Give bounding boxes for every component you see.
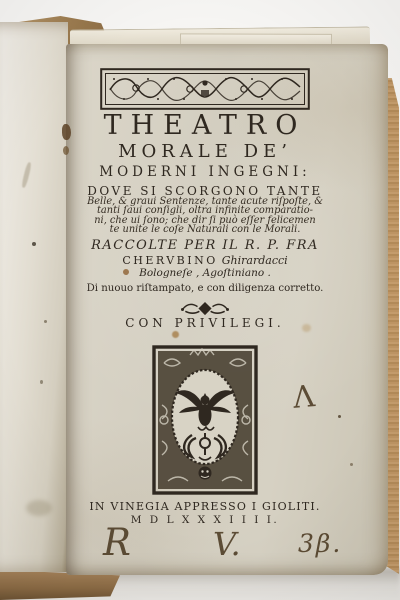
- printer-device-phoenix: [152, 345, 258, 495]
- author-statement: RACCOLTE PER IL R. P. FRA: [66, 238, 344, 253]
- photo-backdrop: THEATRO MORALE DE’ MODERNI INGEGNI: DOVE…: [0, 0, 400, 600]
- handwritten-mark-right: 3β.: [298, 529, 342, 558]
- foxing-spot: [44, 320, 47, 323]
- ink-smudge: [26, 500, 52, 516]
- headpiece-scrollwork-ornament: [100, 68, 310, 110]
- author-name: CHERVBINOGhirardacci: [66, 254, 344, 267]
- title-line-2: MORALE DE’: [66, 141, 344, 162]
- subtitle-body-line: te unite le coſe Naturali con le Morali.: [66, 225, 344, 234]
- title-line-1: THEATRO: [66, 110, 344, 141]
- printed-text-block: THEATRO MORALE DE’ MODERNI INGEGNI: DOVE…: [66, 44, 344, 575]
- left-blank-page: [0, 22, 68, 572]
- edition-note: Di nuouo riſtampato, e con diligenza cor…: [66, 283, 344, 294]
- title-page: THEATRO MORALE DE’ MODERNI INGEGNI: DOVE…: [66, 44, 388, 575]
- privilege-statement: CON PRIVILEGI.: [66, 316, 344, 330]
- author-origin: Bologneſe , Agoſtiniano .: [66, 267, 344, 279]
- handwritten-mark-center: V.: [213, 525, 241, 563]
- subtitle-body: Belle, & graui Sentenze, tante acute riſ…: [66, 197, 344, 235]
- foxing-spot: [32, 242, 36, 246]
- handwritten-mark-left: R: [103, 521, 131, 564]
- foxing-spot: [350, 463, 353, 466]
- handwritten-collation-mark: Λ: [292, 379, 317, 416]
- imprint-place-printer: IN VINEGIA APPRESSO I GIOLITI.: [66, 500, 344, 513]
- author-surname: Ghirardacci: [222, 254, 288, 267]
- foxing-spot: [40, 380, 43, 384]
- fleuron-ornament: [178, 301, 232, 316]
- paper-crease: [21, 162, 32, 188]
- title-line-3: MODERNI INGEGNI:: [66, 164, 344, 180]
- author-name-caps: CHERVBINO: [122, 254, 217, 267]
